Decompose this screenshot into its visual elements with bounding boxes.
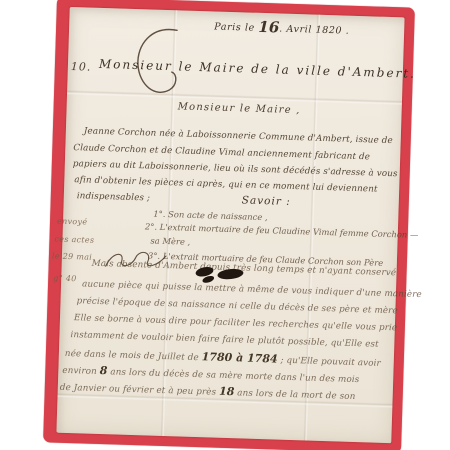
body-text: de Janvier ou février et à peu près <box>60 383 220 398</box>
dateline: Paris le 16. Avril 1820 . <box>214 16 350 38</box>
margin-note: ces actes <box>54 235 94 245</box>
body-text: ; qu'Elle pouvait avoir <box>277 356 380 369</box>
postal-rate-mark: 10. <box>71 60 92 74</box>
list-item: 1°. Son acte de naissance , <box>153 209 268 223</box>
dateline-place: Paris le <box>214 21 259 33</box>
letter-photo-frame: Paris le 16. Avril 1820 . 10. Monsieur l… <box>43 0 415 450</box>
margin-note: g° 40 <box>53 274 77 284</box>
age-at-father-death: 18 <box>219 385 235 398</box>
body-text: née dans le mois de Juillet de <box>65 349 202 363</box>
body-text: ans lors de la mort de son <box>234 388 355 402</box>
savoir-heading: Savoir : <box>242 194 291 208</box>
body-text: environ <box>62 366 100 377</box>
margin-note: envoyé <box>57 217 88 227</box>
dateline-rest: . Avril 1820 . <box>279 23 349 36</box>
letter-paper: Paris le 16. Avril 1820 . 10. Monsieur l… <box>56 7 404 443</box>
body-line: Elle se borne à vous dire pour faciliter… <box>74 313 397 333</box>
birth-year-range: 1780 à 1784 <box>201 350 277 365</box>
salutation: Monsieur le Maire , <box>178 101 301 116</box>
body-line: aucune pièce qui puisse la mettre à même… <box>82 279 422 300</box>
body-line: Jeanne Corchon née à Laboissonnerie Comm… <box>84 126 393 146</box>
body-line: indispensables ; <box>77 191 151 203</box>
margin-note: le 29 mai <box>52 251 92 261</box>
listing-page-background: Paris le 16. Avril 1820 . 10. Monsieur l… <box>0 0 450 450</box>
body-line: précise l'époque de sa naissance ni cell… <box>76 296 398 316</box>
dateline-day: 16 <box>258 18 279 37</box>
